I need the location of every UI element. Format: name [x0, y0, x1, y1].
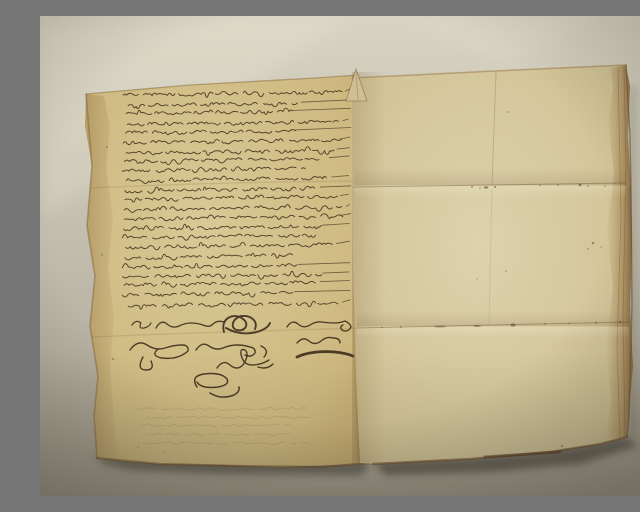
- photo: Photograph of an aged handwritten manusc…: [40, 16, 640, 496]
- manuscript-photo: [40, 16, 640, 496]
- bottom-shading-overlay: [40, 16, 640, 496]
